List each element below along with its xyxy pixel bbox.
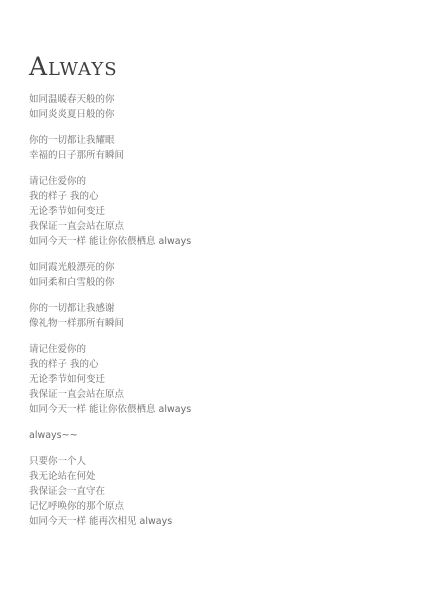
lyric-line: 如同今天一样 能让你依偎栖息 always — [29, 234, 191, 249]
stanza-4: 如同霞光般漂亮的你 如同柔和白雪般的你 — [29, 260, 191, 290]
lyric-line: 我保证一直会站在原点 — [29, 387, 191, 402]
lyric-line: 如同今天一样 能让你依偎栖息 always — [29, 402, 191, 417]
lyric-line: 我保证一直会站在原点 — [29, 219, 191, 234]
lyric-line: 我的样子 我的心 — [29, 357, 191, 372]
lyric-line: 如同炎炎夏日般的你 — [29, 107, 191, 122]
lyrics-body: 如同温暖春天般的你 如同炎炎夏日般的你 你的一切都让我耀眼 幸福的日子那所有瞬间… — [29, 92, 191, 529]
lyric-line: 记忆呼唤你的那个原点 — [29, 499, 191, 514]
lyric-line: 我无论站在何处 — [29, 469, 191, 484]
lyric-line: 请记住爱你的 — [29, 174, 191, 189]
lyric-line: 如同今天一样 能再次相见 always — [29, 514, 191, 529]
lyric-line: 如同霞光般漂亮的你 — [29, 260, 191, 275]
page-title: Always — [29, 52, 118, 82]
lyric-line: 幸福的日子那所有瞬间 — [29, 148, 191, 163]
stanza-7: always~~ — [29, 428, 191, 443]
lyric-line: 我的样子 我的心 — [29, 189, 191, 204]
lyric-line: 如同温暖春天般的你 — [29, 92, 191, 107]
stanza-8: 只要你一个人 我无论站在何处 我保证会一直守在 记忆呼唤你的那个原点 如同今天一… — [29, 454, 191, 529]
stanza-5: 你的一切都让我感谢 像礼物一样那所有瞬间 — [29, 301, 191, 331]
stanza-3: 请记住爱你的 我的样子 我的心 无论季节如何变迁 我保证一直会站在原点 如同今天… — [29, 174, 191, 249]
lyric-line: always~~ — [29, 428, 191, 443]
stanza-2: 你的一切都让我耀眼 幸福的日子那所有瞬间 — [29, 133, 191, 163]
lyric-line: 像礼物一样那所有瞬间 — [29, 316, 191, 331]
lyric-line: 无论季节如何变迁 — [29, 204, 191, 219]
lyric-line: 无论季节如何变迁 — [29, 372, 191, 387]
lyric-line: 你的一切都让我耀眼 — [29, 133, 191, 148]
lyric-line: 请记住爱你的 — [29, 342, 191, 357]
lyric-line: 只要你一个人 — [29, 454, 191, 469]
lyric-line: 我保证会一直守在 — [29, 484, 191, 499]
stanza-6: 请记住爱你的 我的样子 我的心 无论季节如何变迁 我保证一直会站在原点 如同今天… — [29, 342, 191, 417]
lyric-line: 如同柔和白雪般的你 — [29, 275, 191, 290]
lyric-line: 你的一切都让我感谢 — [29, 301, 191, 316]
stanza-1: 如同温暖春天般的你 如同炎炎夏日般的你 — [29, 92, 191, 122]
